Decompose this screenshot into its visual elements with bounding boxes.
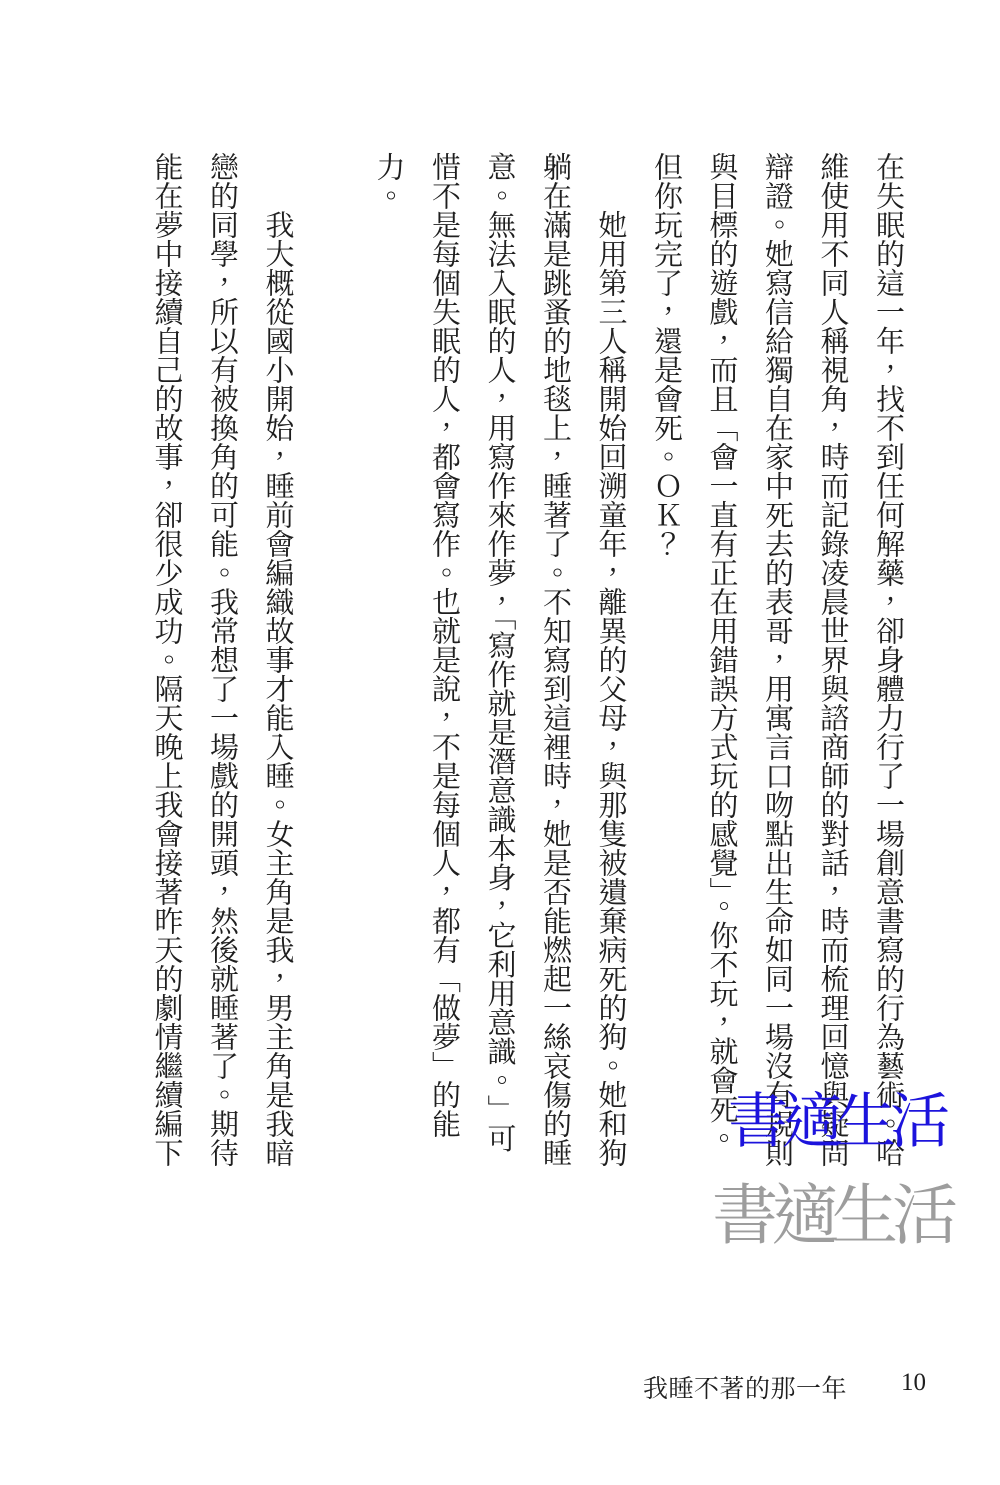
- text-column: 能在夢中接續自己的故事，卻很少成功。隔天晚上我會接著昨天的劇情繼續編下: [138, 152, 194, 1174]
- watermark-primary: 書適生活: [728, 1092, 944, 1152]
- text-column: 我大概從國小開始，睡前會編織故事才能入睡。女主角是我，男主角是我暗: [249, 152, 305, 1174]
- body-text-area: 在失眠的這一年，找不到任何解藥，卻身體力行了一場創意書寫的行為藝術。哈維使用不同…: [138, 152, 915, 1174]
- text-column: 躺在滿是跳蚤的地毯上，睡著了。不知寫到這裡時，她是否能燃起一絲哀傷的睡: [527, 152, 583, 1174]
- text-column: 辯證。她寫信給獨自在家中死去的表哥，用寓言口吻點出生命如同一場沒有規則: [749, 152, 805, 1174]
- text-column: 與目標的遊戲，而且「會一直有正在用錯誤方式玩的感覺」。你不玩，就會死。: [693, 152, 749, 1174]
- footer-page-number: 10: [901, 1369, 926, 1397]
- book-page: 在失眠的這一年，找不到任何解藥，卻身體力行了一場創意書寫的行為藝術。哈維使用不同…: [0, 0, 1000, 1485]
- footer-book-title: 我睡不著的那一年: [643, 1369, 847, 1405]
- text-column: 在失眠的這一年，找不到任何解藥，卻身體力行了一場創意書寫的行為藝術。哈: [860, 152, 916, 1174]
- text-column: 惜不是每個失眠的人，都會寫作。也就是說，不是每個人，都有「做夢」的能: [416, 152, 472, 1174]
- text-column: 意。無法入眠的人，用寫作來作夢，「寫作就是潛意識本身，它利用意識。」可: [471, 152, 527, 1174]
- page-footer: 我睡不著的那一年 10: [0, 1369, 1000, 1399]
- text-column-gap: [305, 152, 361, 1174]
- text-column: 維使用不同人稱視角，時而記錄凌晨世界與諮商師的對話，時而梳理回憶與疑問: [804, 152, 860, 1174]
- watermark-secondary: 書適生活: [712, 1184, 952, 1250]
- text-column: 她用第三人稱開始回溯童年，離異的父母，與那隻被遺棄病死的狗。她和狗: [582, 152, 638, 1174]
- text-column: 但你玩完了，還是會死。ＯＫ？: [638, 152, 694, 1174]
- text-column: 力。: [360, 152, 416, 1174]
- text-column: 戀的同學，所以有被換角的可能。我常想了一場戲的開頭，然後就睡著了。期待: [194, 152, 250, 1174]
